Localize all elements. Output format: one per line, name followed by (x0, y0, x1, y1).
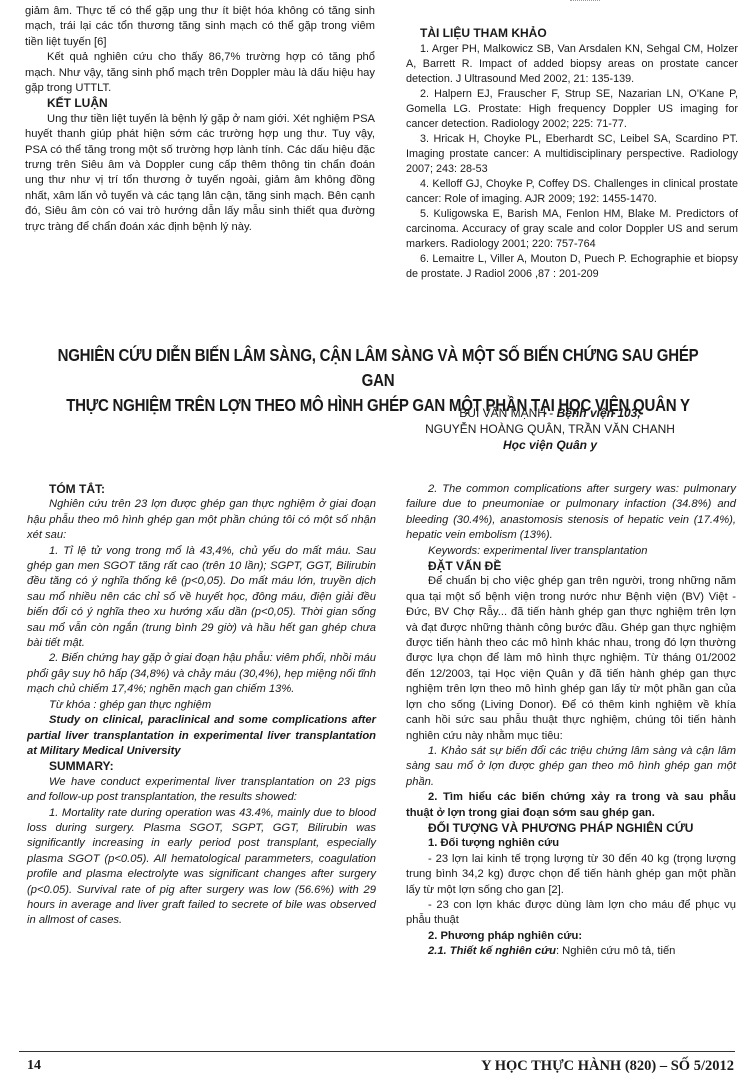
reference-item: 2. Halpern EJ, Frauscher F, Strup SE, Na… (406, 87, 738, 132)
abstract-heading-vi: TÓM TẮT: (27, 482, 376, 497)
paragraph: giảm âm. Thực tế có thể gặp ung thư ít b… (25, 4, 375, 50)
paragraph-text: : Nghiên cứu mô tả, tiến (556, 945, 675, 957)
summary-heading: SUMMARY: (27, 759, 376, 774)
author-name: BÙI VĂN MẠNH - (459, 406, 556, 420)
scan-artifact (570, 0, 600, 3)
english-title: Study on clinical, paraclinical and some… (27, 713, 376, 759)
paragraph: We have conduct experimental liver trans… (27, 775, 376, 806)
page-number: 14 (27, 1058, 41, 1074)
section-heading-conclusion: KẾT LUẬN (25, 96, 375, 111)
subsection-heading: 1. Đối tượng nghiên cứu (406, 836, 736, 851)
reference-item: 1. Arger PH, Malkowicz SB, Van Arsdalen … (406, 42, 738, 87)
keywords-en: Keywords: experimental liver transplanta… (406, 544, 736, 559)
objective-item: 2. Tìm hiểu các biến chứng xảy ra trong … (406, 790, 736, 821)
paragraph: 1. Tỉ lệ tử vong trong mổ là 43,4%, chủ … (27, 544, 376, 652)
objective-item: 1. Khảo sát sự biến đổi các triệu chứng … (406, 744, 736, 790)
paragraph: - 23 con lợn khác được dùng làm lợn cho … (406, 898, 736, 929)
author-names: NGUYỄN HOÀNG QUÂN, TRẦN VĂN CHANH (400, 421, 700, 437)
reference-item: 4. Kelloff GJ, Choyke P, Coffey DS. Chal… (406, 177, 738, 207)
subsection-heading: 2. Phương pháp nghiên cứu: (406, 929, 736, 944)
paragraph: 1. Mortality rate during operation was 4… (27, 806, 376, 929)
paragraph: 2.1. Thiết kế nghiên cứu: Nghiên cứu mô … (406, 944, 736, 959)
paragraph: Để chuẩn bị cho việc ghép gan trên người… (406, 574, 736, 743)
paragraph: Kết quả nghiên cứu cho thấy 86,7% trường… (25, 50, 375, 96)
references-heading: TÀI LIỆU THAM KHẢO (406, 26, 738, 41)
subsection-label: 2.1. Thiết kế nghiên cứu (428, 945, 556, 957)
paragraph: Nghiên cứu trên 23 lợn được ghép gan thự… (27, 497, 376, 543)
paragraph: 2. The common complications after surger… (406, 482, 736, 544)
previous-article-conclusion: giảm âm. Thực tế có thể gặp ung thư ít b… (25, 4, 375, 235)
abstract-column: TÓM TẮT: Nghiên cứu trên 23 lợn được ghé… (27, 482, 376, 929)
author-affiliation: Bệnh viện 103, (557, 406, 641, 420)
article-title-line: NGHIÊN CỨU DIỄN BIẾN LÂM SÀNG, CẬN LÂM S… (53, 343, 703, 393)
journal-footer: Y HỌC THỰC HÀNH (820) – SỐ 5/2012 (481, 1058, 734, 1075)
references-section: TÀI LIỆU THAM KHẢO 1. Arger PH, Malkowic… (406, 26, 738, 282)
author-block: BÙI VĂN MẠNH - Bệnh viện 103, NGUYỄN HOÀ… (400, 405, 700, 453)
paragraph: Ung thư tiền liệt tuyến là bệnh lý gặp ở… (25, 112, 375, 235)
paragraph: - 23 lợn lai kinh tế trọng lượng từ 30 đ… (406, 852, 736, 898)
reference-item: 3. Hricak H, Choyke PL, Eberhardt SC, Le… (406, 132, 738, 177)
body-column: 2. The common complications after surger… (406, 482, 736, 960)
author-affiliation: Học viện Quân y (400, 437, 700, 453)
reference-item: 6. Lemaitre L, Viller A, Mouton D, Puech… (406, 252, 738, 282)
footer-rule (19, 1051, 735, 1052)
paragraph: 2. Biến chứng hay gặp ở giai đoạn hậu ph… (27, 651, 376, 697)
keywords-vi: Từ khóa : ghép gan thực nghiệm (27, 698, 376, 713)
section-heading-introduction: ĐẶT VẤN ĐỀ (406, 559, 736, 574)
reference-item: 5. Kuligowska E, Barish MA, Fenlon HM, B… (406, 207, 738, 252)
section-heading-methods: ĐỐI TƯỢNG VÀ PHƯƠNG PHÁP NGHIÊN CỨU (406, 821, 736, 836)
